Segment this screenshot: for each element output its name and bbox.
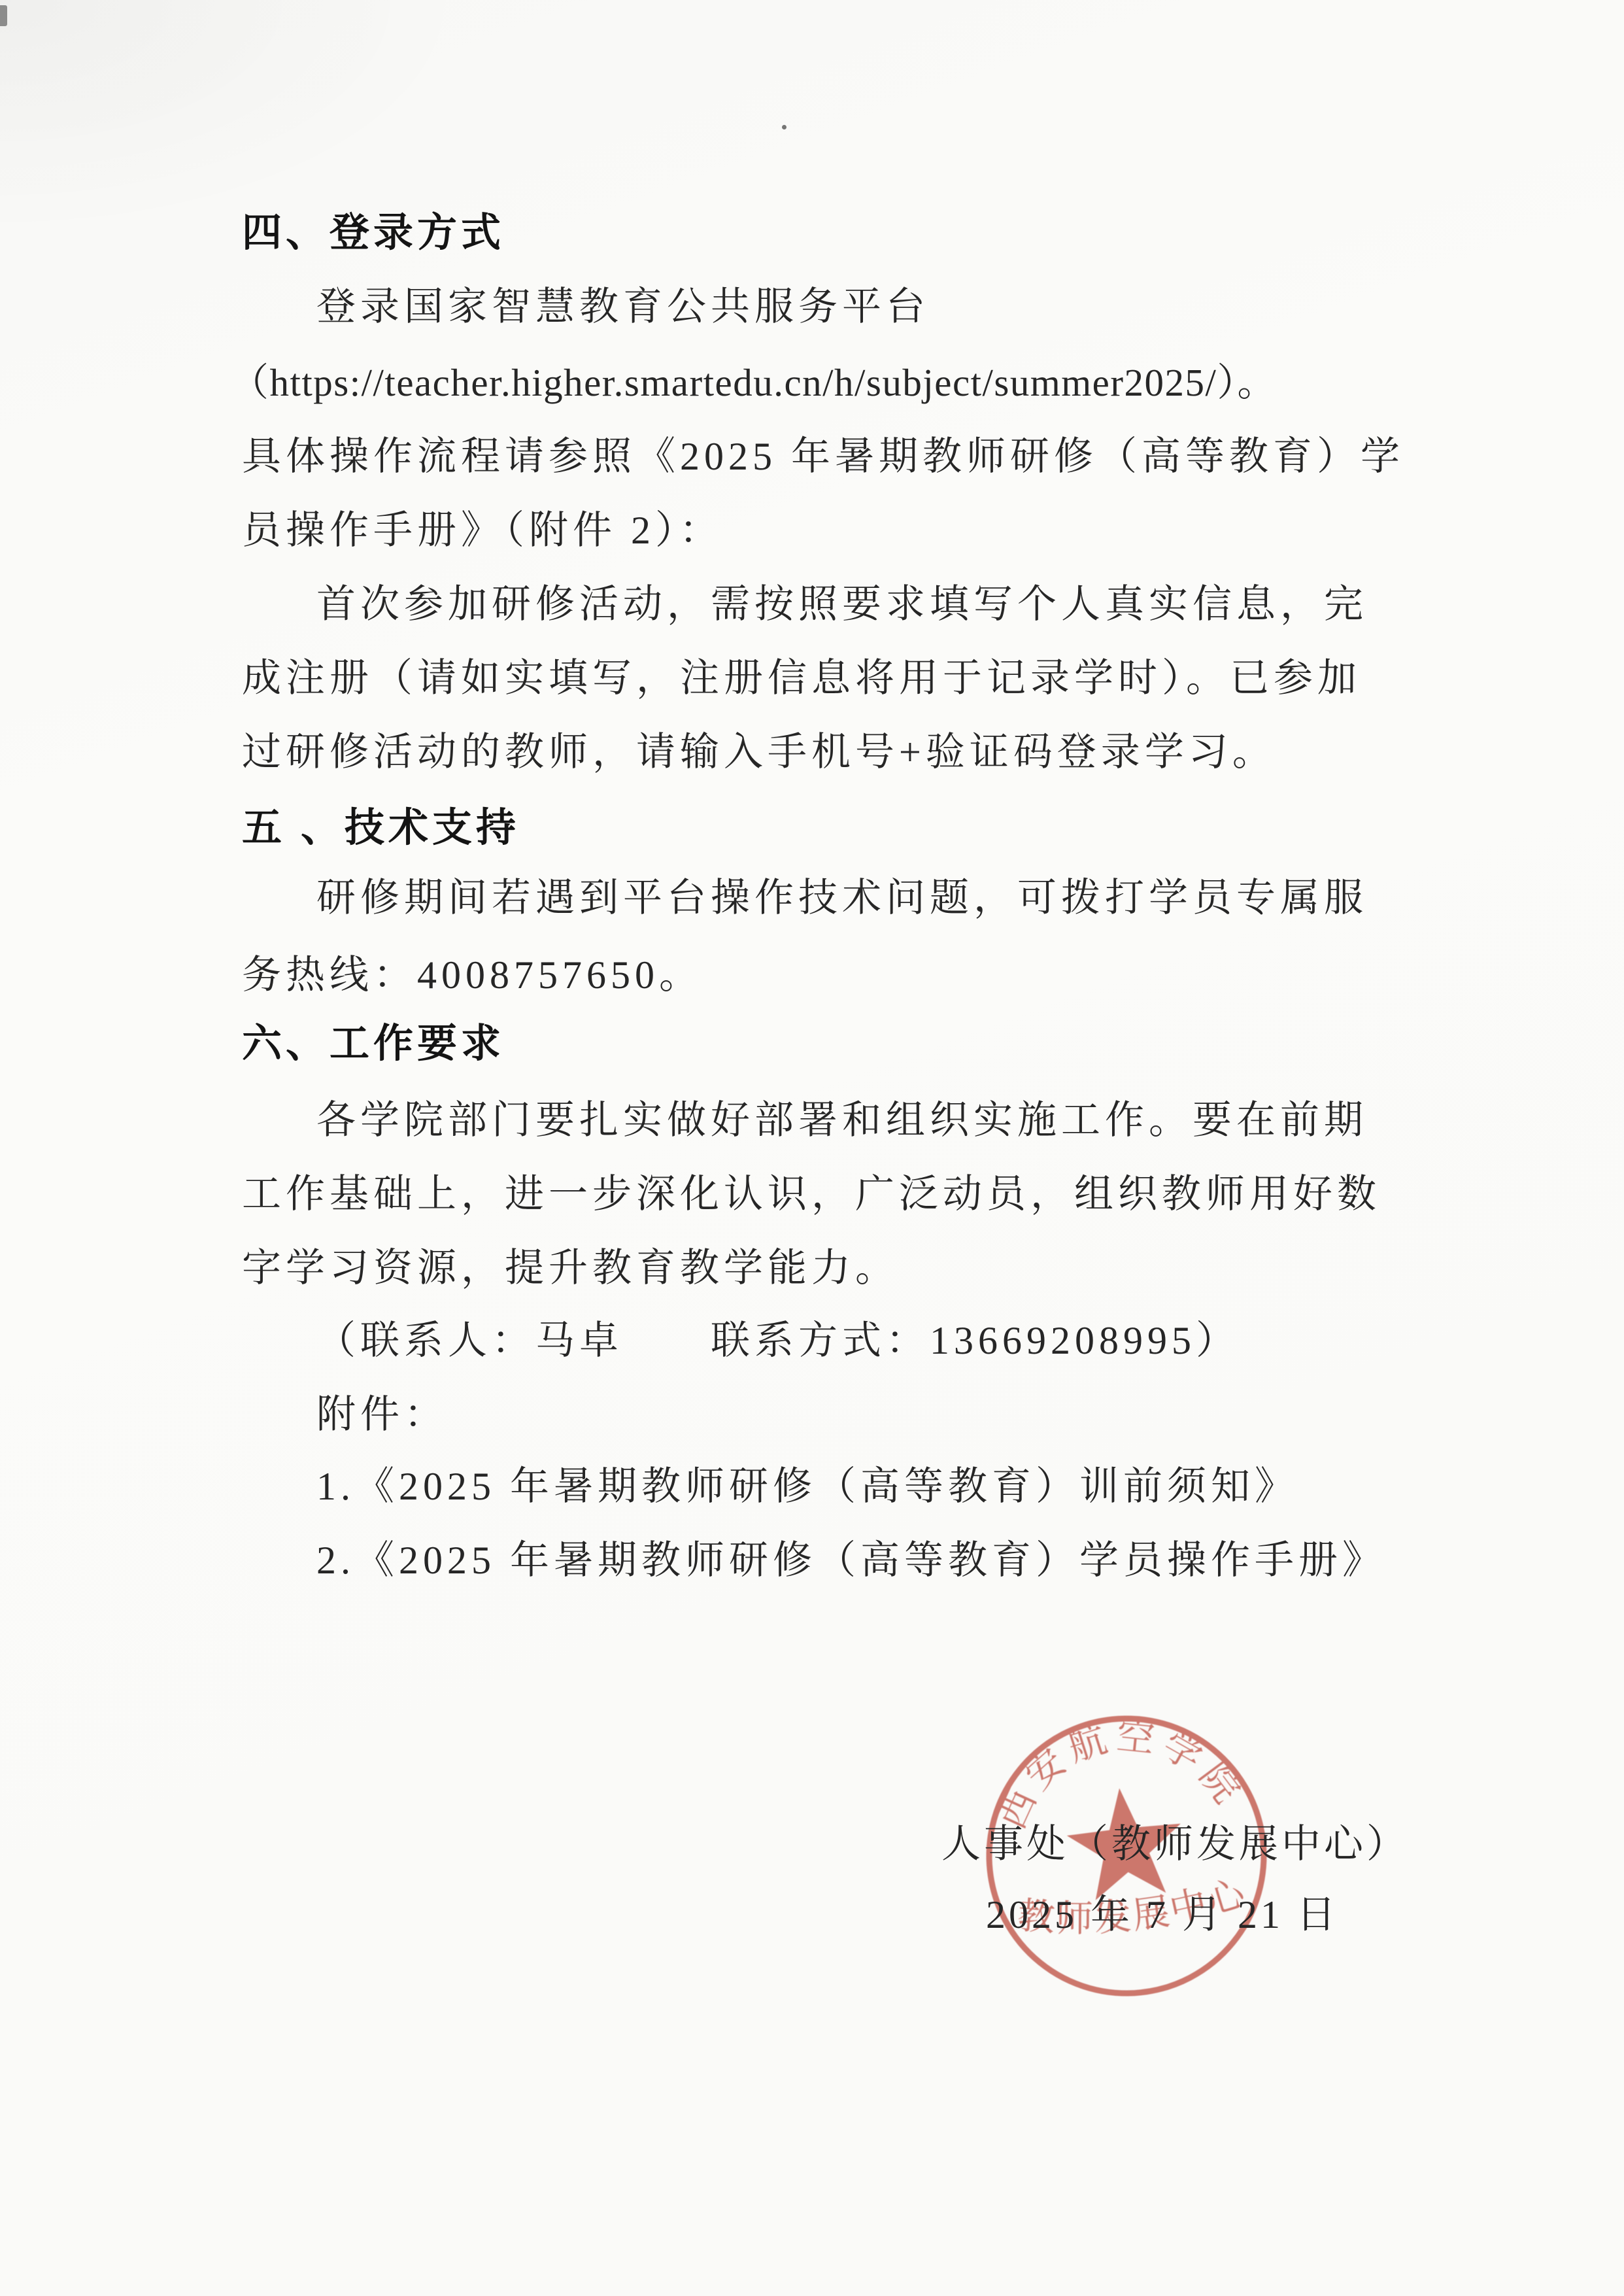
text-line: 工作基础上，进一步深化认识，广泛动员，组织教师用好数 [242,1173,1381,1216]
scan-speck [782,125,787,129]
text-line: 成注册（请如实填写，注册信息将用于记录学时）。已参加 [242,657,1361,700]
text-line: 研修期间若遇到平台操作技术问题，可拨打学员专属服 [242,876,1368,919]
signature-org: 人事处（教师发展中心） [941,1813,1409,1869]
text-line: 登录国家智慧教育公共服务平台 [242,285,930,328]
section-heading-6: 六、工作要求 [242,1021,505,1065]
scanned-document-page: 四、登录方式 登录国家智慧教育公共服务平台 （https://teacher.h… [0,0,1624,2296]
text-line: 具体操作流程请参照《2025 年暑期教师研修（高等教育）学 [242,435,1404,478]
attachment-item-1: 1.《2025 年暑期教师研修（高等教育）训前须知》 [242,1465,1298,1508]
text-line: 各学院部门要扎实做好部署和组织实施工作。要在前期 [242,1099,1368,1142]
text-line: 员操作手册》（附件 2）： [242,509,723,552]
scan-edge-artifact [0,5,7,26]
text-line: 字学习资源，提升教育教学能力。 [242,1246,899,1290]
text-line: 务热线：4008757650。 [242,953,703,997]
attachments-label: 附件： [242,1393,448,1436]
section-heading-4: 四、登录方式 [242,211,505,254]
url-text-line: （https://teacher.higher.smartedu.cn/h/su… [230,362,1277,404]
contact-line: （联系人：马卓 联系方式：13669208995） [242,1319,1240,1362]
attachment-item-2: 2.《2025 年暑期教师研修（高等教育）学员操作手册》 [242,1539,1386,1582]
section-heading-5: 五 、技术支持 [242,806,520,849]
text-line: 首次参加研修活动，需按照要求填写个人真实信息，完 [242,583,1368,626]
text-line: 过研修活动的教师，请输入手机号+验证码登录学习。 [242,730,1276,774]
signature-date: 2025 年 7 月 21 日 [986,1883,1339,1940]
